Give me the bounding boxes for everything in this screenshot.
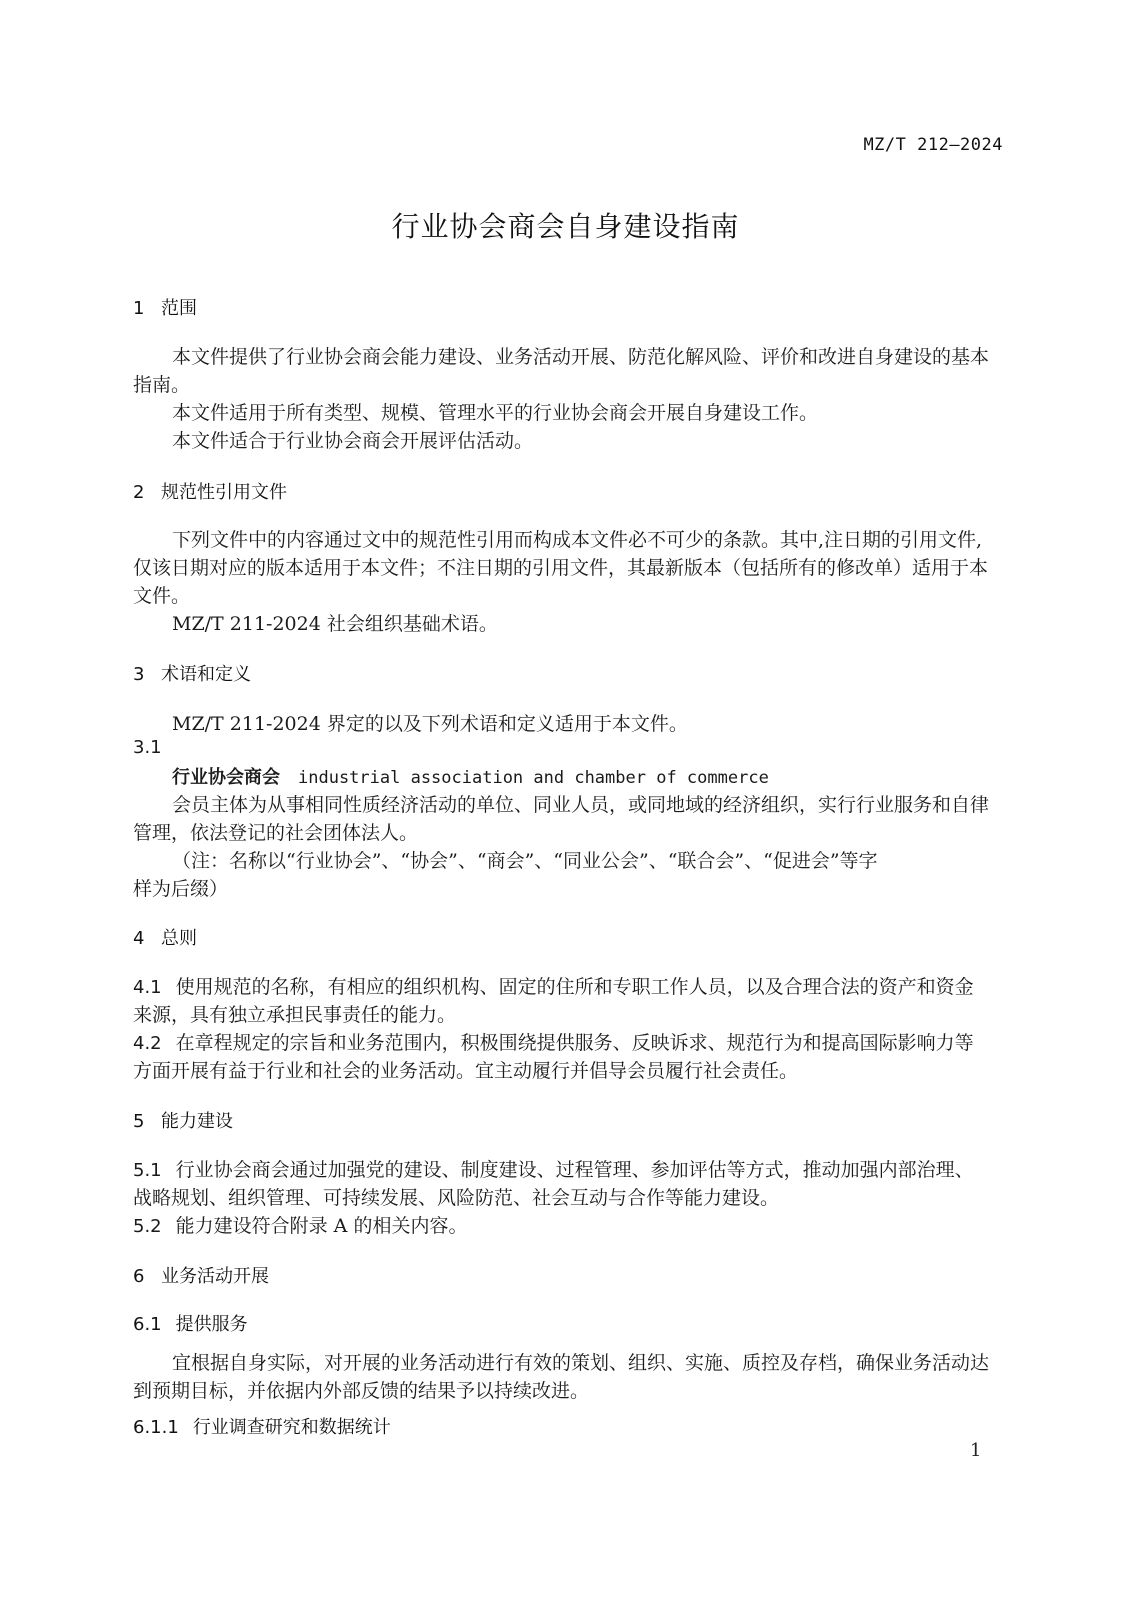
page-number: 1 xyxy=(970,1440,981,1461)
section-1-para-2: 本文件适用于所有类型、规模、管理水平的行业协会商会开展自身建设工作。 xyxy=(172,398,818,425)
clause-4-1-line-2: 来源，具有独立承担民事责任的能力。 xyxy=(133,1000,456,1027)
clause-text: 使用规范的名称，有相应的组织机构、固定的住所和专职工作人员，以及合理合法的资产和… xyxy=(176,976,974,998)
section-title: 业务活动开展 xyxy=(161,1266,269,1287)
section-number: 2 xyxy=(133,482,161,503)
clause-4-2-line-2: 方面开展有益于行业和社会的业务活动。宜主动履行并倡导会员履行社会责任。 xyxy=(133,1056,798,1083)
term-definition-line-2: 管理，依法登记的社会团体法人。 xyxy=(133,818,418,845)
clause-text: 行业协会商会通过加强党的建设、制度建设、过程管理、参加评估等方式，推动加强内部治… xyxy=(176,1159,974,1181)
section-3-intro: MZ/T 211-2024 界定的以及下列术语和定义适用于本文件。 xyxy=(172,709,688,736)
clause-text: 在章程规定的宗旨和业务范围内，积极围绕提供服务、反映诉求、规范行为和提高国际影响… xyxy=(176,1032,974,1054)
term-note-line-2: 样为后缀） xyxy=(133,874,228,901)
section-title: 范围 xyxy=(161,298,197,319)
section-1-heading: 1范围 xyxy=(133,294,197,320)
section-2-para-1-line-1: 下列文件中的内容通过文中的规范性引用而构成本文件必不可少的条款。其中,注日期的引… xyxy=(172,525,982,552)
subsection-6-1-1-heading: 6.1.1行业调查研究和数据统计 xyxy=(133,1413,391,1439)
section-2-para-1-line-3: 文件。 xyxy=(133,581,190,608)
clause-number: 4.2 xyxy=(133,1033,162,1054)
clause-5-1-line-1: 5.1行业协会商会通过加强党的建设、制度建设、过程管理、参加评估等方式，推动加强… xyxy=(133,1155,974,1182)
subsection-6-1-heading: 6.1提供服务 xyxy=(133,1310,248,1336)
section-5-heading: 5能力建设 xyxy=(133,1107,233,1133)
section-2-heading: 2规范性引用文件 xyxy=(133,478,287,504)
standard-code: MZ/T 212—2024 xyxy=(863,135,1003,155)
clause-number: 5.1 xyxy=(133,1160,162,1181)
subsection-title: 提供服务 xyxy=(176,1314,248,1335)
section-number: 5 xyxy=(133,1111,161,1132)
section-number: 4 xyxy=(133,928,161,949)
clause-5-1-line-2: 战略规划、组织管理、可持续发展、风险防范、社会互动与合作等能力建设。 xyxy=(133,1183,779,1210)
clause-number: 4.1 xyxy=(133,977,162,998)
clause-number: 6.1 xyxy=(133,1314,162,1335)
section-title: 规范性引用文件 xyxy=(161,482,287,503)
section-title: 术语和定义 xyxy=(161,664,251,685)
section-number: 1 xyxy=(133,298,161,319)
subsection-6-1-para-line-1: 宜根据自身实际，对开展的业务活动进行有效的策划、组织、实施、质控及存档，确保业务… xyxy=(172,1348,989,1375)
term-entry: 行业协会商会industrial association and chamber… xyxy=(172,763,769,789)
section-1-para-1-line-1: 本文件提供了行业协会商会能力建设、业务活动开展、防范化解风险、评价和改进自身建设… xyxy=(172,342,989,369)
section-6-heading: 6业务活动开展 xyxy=(133,1262,269,1288)
clause-4-1-line-1: 4.1使用规范的名称，有相应的组织机构、固定的住所和专职工作人员，以及合理合法的… xyxy=(133,972,974,999)
section-number: 3 xyxy=(133,664,161,685)
section-1-para-3: 本文件适合于行业协会商会开展评估活动。 xyxy=(172,426,533,453)
clause-5-2: 5.2能力建设符合附录 A 的相关内容。 xyxy=(133,1211,467,1238)
clause-4-2-line-1: 4.2在章程规定的宗旨和业务范围内，积极围绕提供服务、反映诉求、规范行为和提高国… xyxy=(133,1028,974,1055)
clause-text: 能力建设符合附录 A 的相关内容。 xyxy=(176,1215,468,1237)
section-1-para-1-line-2: 指南。 xyxy=(133,370,190,397)
section-2-para-1-line-2: 仅该日期对应的版本适用于本文件；不注日期的引用文件，其最新版本（包括所有的修改单… xyxy=(133,553,988,580)
term-number: 3.1 xyxy=(133,737,162,758)
term-chinese: 行业协会商会 xyxy=(172,767,280,788)
clause-number: 6.1.1 xyxy=(133,1417,179,1438)
subsection-6-1-para-line-2: 到预期目标，并依据内外部反馈的结果予以持续改进。 xyxy=(133,1376,589,1403)
term-english: industrial association and chamber of co… xyxy=(298,768,769,788)
section-title: 能力建设 xyxy=(161,1111,233,1132)
section-title: 总则 xyxy=(161,928,197,949)
document-page: MZ/T 212—2024 行业协会商会自身建设指南 1范围 本文件提供了行业协… xyxy=(0,0,1131,1600)
clause-number: 5.2 xyxy=(133,1216,162,1237)
section-number: 6 xyxy=(133,1266,161,1287)
document-title: 行业协会商会自身建设指南 xyxy=(0,205,1131,245)
term-definition-line-1: 会员主体为从事相同性质经济活动的单位、同业人员，或同地域的经济组织，实行行业服务… xyxy=(172,790,989,817)
subsection-title: 行业调查研究和数据统计 xyxy=(193,1417,391,1438)
term-note-line-1: （注：名称以“行业协会”、“协会”、“商会”、“同业公会”、“联合会”、“促进会… xyxy=(172,846,878,873)
normative-reference: MZ/T 211-2024 社会组织基础术语。 xyxy=(172,609,498,636)
section-3-heading: 3术语和定义 xyxy=(133,660,251,686)
section-4-heading: 4总则 xyxy=(133,924,197,950)
